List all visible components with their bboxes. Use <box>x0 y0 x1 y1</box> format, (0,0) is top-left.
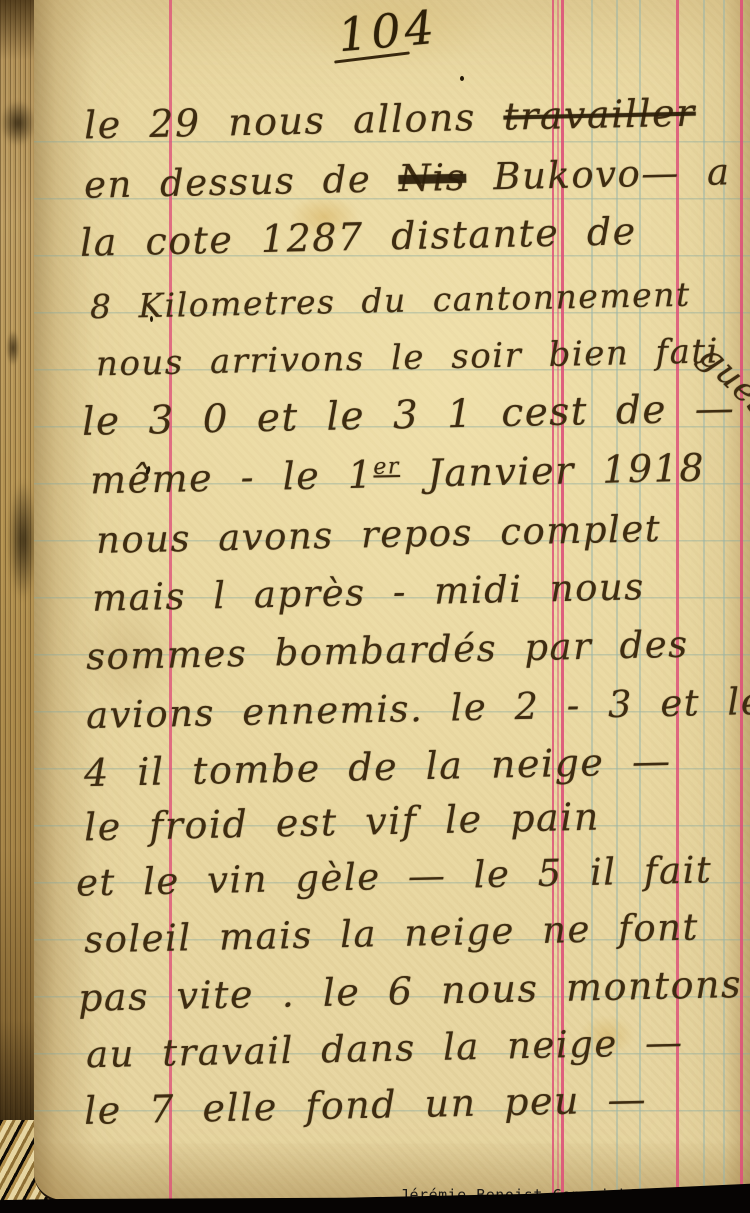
diary-line: nous avons repos complet <box>96 510 662 559</box>
diary-photo: 104 le 29 nous allons travailler en dess… <box>0 0 750 1213</box>
crossed-out-word: Nis <box>398 156 467 200</box>
handwriting-segment: même - le 1 <box>90 453 374 503</box>
page-paper: 104 le 29 nous allons travailler en dess… <box>34 0 750 1203</box>
handwriting-segment: Janvier 1918 <box>400 446 706 496</box>
diary-line: le 7 elle fond un peu — <box>84 1080 648 1130</box>
crossed-out-word: travailler <box>503 91 696 139</box>
ink-speck <box>460 76 464 81</box>
diary-line: 4 il tombe de la neige — <box>84 742 672 792</box>
diary-line: mais l après - midi nous <box>92 568 645 617</box>
superscript-er: er <box>373 454 400 480</box>
spine-smudge <box>0 100 36 146</box>
diary-line: le froid est vif le pain <box>84 798 601 847</box>
handwriting-segment: en dessus de <box>84 157 399 207</box>
spine-smudge <box>6 330 20 366</box>
column-line-red <box>740 0 743 1200</box>
handwriting-segment: Bukovo— a <box>466 150 731 199</box>
page-number: 104 <box>336 0 440 62</box>
handwriting-segment: le 29 nous allons <box>84 95 504 148</box>
diary-line: la cote 1287 distante de <box>80 212 637 262</box>
diary-line: le 29 nous allons travailler <box>84 94 696 145</box>
